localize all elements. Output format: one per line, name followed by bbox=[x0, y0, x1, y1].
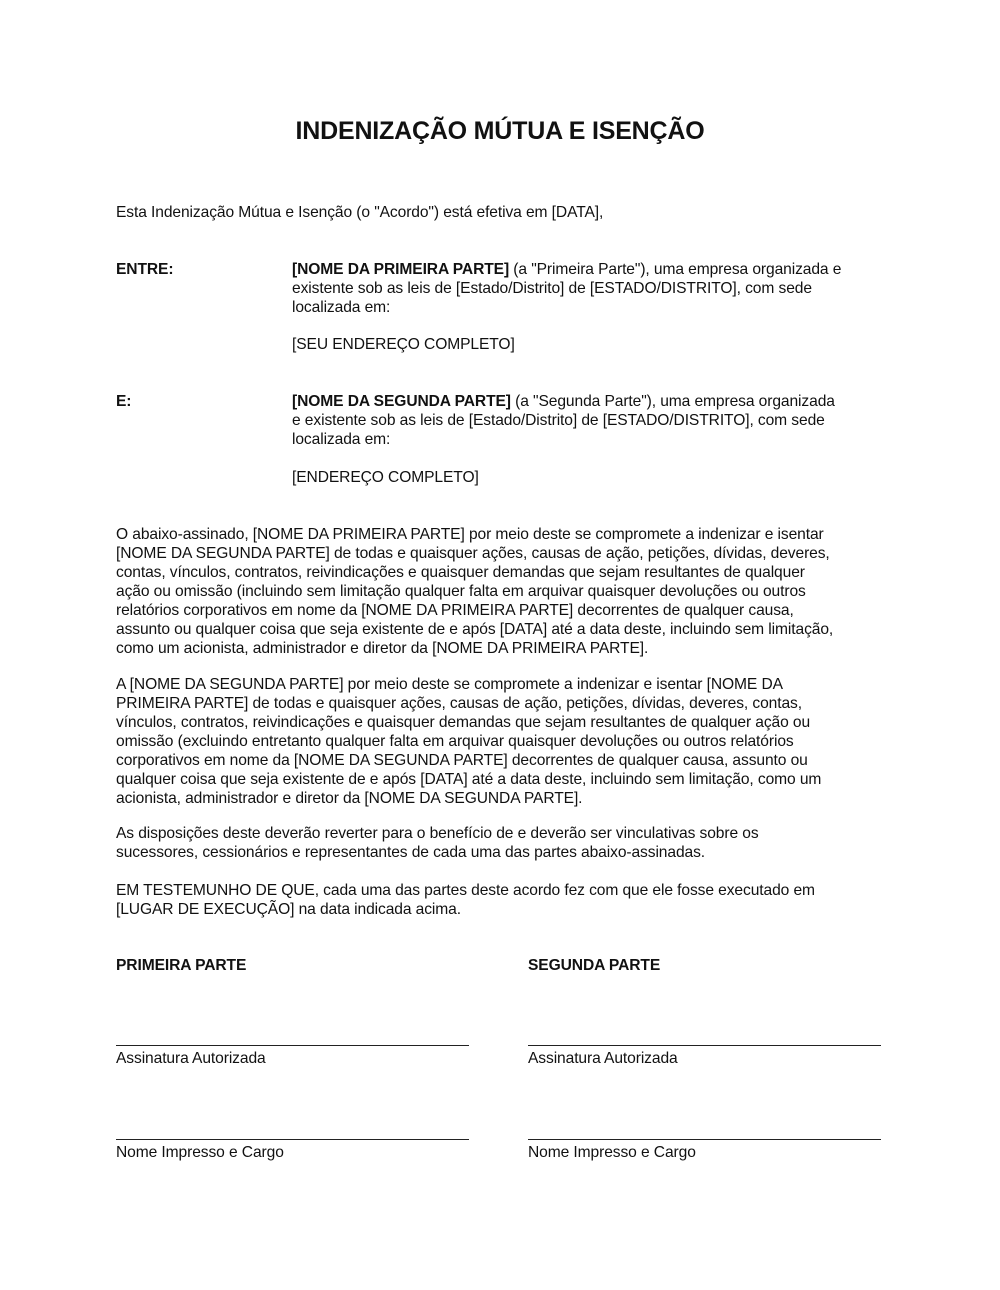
signature-heading-second: SEGUNDA PARTE bbox=[528, 956, 660, 975]
paragraph-line: acionista, administrador e diretor da [N… bbox=[116, 789, 891, 808]
paragraph-line: EM TESTEMUNHO DE QUE, cada uma das parte… bbox=[116, 881, 891, 900]
signature-caption-first: Assinatura Autorizada bbox=[116, 1049, 266, 1068]
party-name: [NOME DA SEGUNDA PARTE] bbox=[292, 393, 511, 410]
document-title: INDENIZAÇÃO MÚTUA E ISENÇÃO bbox=[0, 114, 1000, 148]
paragraph-first-party-indemnity: O abaixo-assinado, [NOME DA PRIMEIRA PAR… bbox=[116, 525, 891, 658]
paragraph-line: [LUGAR DE EXECUÇÃO] na data indicada aci… bbox=[116, 900, 891, 919]
party-line: [NOME DA SEGUNDA PARTE] (a "Segunda Part… bbox=[292, 392, 892, 411]
party-line-rest: (a "Primeira Parte"), uma empresa organi… bbox=[509, 261, 841, 278]
signature-caption-second: Assinatura Autorizada bbox=[528, 1049, 678, 1068]
party-name: [NOME DA PRIMEIRA PARTE] bbox=[292, 261, 509, 278]
paragraph-line: como um acionista, administrador e diret… bbox=[116, 639, 891, 658]
paragraph-witness: EM TESTEMUNHO DE QUE, cada uma das parte… bbox=[116, 881, 891, 919]
signature-line-first[interactable] bbox=[116, 1045, 469, 1046]
paragraph-line: qualquer coisa que seja existente de e a… bbox=[116, 770, 891, 789]
paragraph-line: assunto ou qualquer coisa que seja exist… bbox=[116, 620, 891, 639]
paragraph-line: A [NOME DA SEGUNDA PARTE] por meio deste… bbox=[116, 675, 891, 694]
party-address-second: [ENDEREÇO COMPLETO] bbox=[292, 468, 479, 487]
party-line: [NOME DA PRIMEIRA PARTE] (a "Primeira Pa… bbox=[292, 260, 892, 279]
party-description-second: [NOME DA SEGUNDA PARTE] (a "Segunda Part… bbox=[292, 392, 892, 449]
paragraph-provisions: As disposições deste deverão reverter pa… bbox=[116, 824, 891, 862]
paragraph-line: sucessores, cessionários e representante… bbox=[116, 843, 891, 862]
intro-text: Esta Indenização Mútua e Isenção (o "Aco… bbox=[116, 203, 896, 222]
paragraph-line: PRIMEIRA PARTE] de todas e quaisquer açõ… bbox=[116, 694, 891, 713]
document-page: INDENIZAÇÃO MÚTUA E ISENÇÃO Esta Indeniz… bbox=[0, 0, 1000, 1290]
printed-name-line-second[interactable] bbox=[528, 1139, 881, 1140]
party-line: localizada em: bbox=[292, 430, 892, 449]
printed-name-caption-second: Nome Impresso e Cargo bbox=[528, 1143, 696, 1162]
signature-heading-first: PRIMEIRA PARTE bbox=[116, 956, 246, 975]
party-line-rest: (a "Segunda Parte"), uma empresa organiz… bbox=[511, 393, 835, 410]
party-description-first: [NOME DA PRIMEIRA PARTE] (a "Primeira Pa… bbox=[292, 260, 892, 317]
paragraph-line: [NOME DA SEGUNDA PARTE] de todas e quais… bbox=[116, 544, 891, 563]
paragraph-line: corporativos em nome da [NOME DA SEGUNDA… bbox=[116, 751, 891, 770]
paragraph-line: O abaixo-assinado, [NOME DA PRIMEIRA PAR… bbox=[116, 525, 891, 544]
paragraph-line: ação ou omissão (incluindo sem limitação… bbox=[116, 582, 891, 601]
paragraph-line: contas, vínculos, contratos, reivindicaç… bbox=[116, 563, 891, 582]
party-line: localizada em: bbox=[292, 298, 892, 317]
signature-line-second[interactable] bbox=[528, 1045, 881, 1046]
paragraph-line: vínculos, contratos, reivindicações e qu… bbox=[116, 713, 891, 732]
party-line: existente sob as leis de [Estado/Distrit… bbox=[292, 279, 892, 298]
party-label-second: E: bbox=[116, 392, 131, 411]
paragraph-line: relatórios corporativos em nome da [NOME… bbox=[116, 601, 891, 620]
party-label-first: ENTRE: bbox=[116, 260, 173, 279]
paragraph-line: omissão (excluindo entretanto qualquer f… bbox=[116, 732, 891, 751]
paragraph-line: As disposições deste deverão reverter pa… bbox=[116, 824, 891, 843]
party-line: e existente sob as leis de [Estado/Distr… bbox=[292, 411, 892, 430]
printed-name-line-first[interactable] bbox=[116, 1139, 469, 1140]
party-address-first: [SEU ENDEREÇO COMPLETO] bbox=[292, 335, 515, 354]
paragraph-second-party-indemnity: A [NOME DA SEGUNDA PARTE] por meio deste… bbox=[116, 675, 891, 808]
printed-name-caption-first: Nome Impresso e Cargo bbox=[116, 1143, 284, 1162]
